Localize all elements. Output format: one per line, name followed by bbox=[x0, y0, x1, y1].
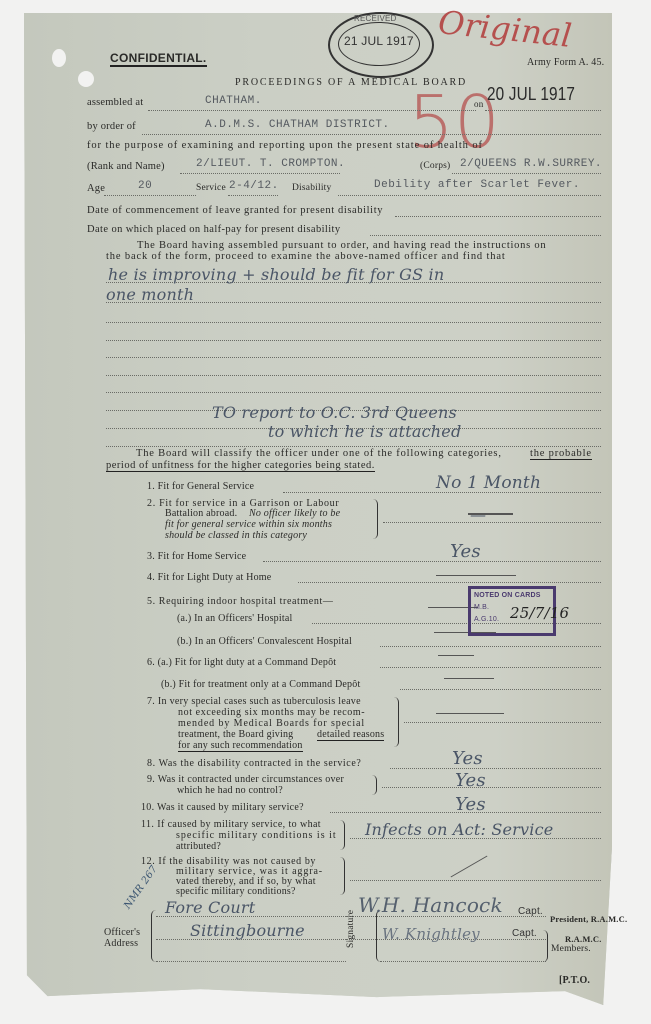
assembled-at-value[interactable]: CHATHAM. bbox=[205, 95, 262, 107]
signature-president-rank: Capt. bbox=[518, 906, 543, 917]
by-order-label: by order of bbox=[87, 121, 136, 132]
dotted-line bbox=[383, 522, 601, 523]
findings-handwritten-line3[interactable]: TO report to O.C. 3rd Queens bbox=[212, 403, 457, 422]
age-value[interactable]: 20 bbox=[138, 180, 152, 192]
noted-stamp-line3: A.G.10. bbox=[474, 616, 499, 623]
halfpay-date-field[interactable] bbox=[370, 235, 601, 236]
classification-intro-line2: period of unfitness for the higher categ… bbox=[106, 460, 375, 472]
punch-hole bbox=[78, 71, 94, 87]
dotted-line bbox=[452, 173, 601, 174]
category-9-label2: which he had no control? bbox=[177, 785, 283, 796]
dotted-line bbox=[228, 195, 278, 196]
on-label: on bbox=[474, 99, 483, 109]
category-7-label5: for any such recommendation bbox=[178, 740, 303, 752]
halfpay-date-label: Date on which placed on half-pay for pre… bbox=[87, 224, 341, 235]
brace bbox=[151, 910, 156, 962]
dotted-line bbox=[106, 375, 601, 376]
confidential-heading: CONFIDENTIAL. bbox=[110, 51, 207, 67]
dotted-line bbox=[380, 961, 546, 962]
category-2-label4: should be classed in this category bbox=[165, 530, 307, 541]
dotted-line bbox=[263, 561, 601, 562]
category-7-label4: treatment, the Board giving bbox=[178, 729, 293, 740]
noted-stamp-line2: M.B. bbox=[474, 604, 489, 611]
brace bbox=[340, 857, 345, 895]
category-1-label: 1. Fit for General Service bbox=[147, 481, 254, 492]
address-label-line2: Address bbox=[104, 938, 138, 949]
punch-hole bbox=[52, 49, 66, 67]
category-6a-answer[interactable] bbox=[438, 655, 474, 656]
category-3-answer[interactable]: Yes bbox=[450, 541, 481, 562]
dotted-line bbox=[106, 322, 601, 323]
category-6b-answer[interactable] bbox=[444, 678, 494, 679]
classification-intro-underlined: the probable bbox=[530, 448, 592, 460]
category-12-label4: specific military conditions? bbox=[176, 886, 296, 897]
category-5a-label: (a.) In an Officers' Hospital bbox=[177, 613, 292, 624]
findings-intro-line2: the back of the form, proceed to examine… bbox=[106, 251, 506, 262]
board-date-stamp[interactable]: 20 JUL 1917 bbox=[487, 84, 575, 105]
dotted-line bbox=[485, 110, 601, 111]
members-label: Members. bbox=[551, 944, 591, 954]
dotted-line bbox=[148, 110, 476, 111]
category-7-label4-underlined: detailed reasons bbox=[317, 729, 384, 741]
disability-label: Disability bbox=[292, 183, 331, 193]
rank-name-value[interactable]: 2/LIEUT. T. CROMPTON. bbox=[196, 158, 345, 170]
noted-stamp-line1: NOTED ON CARDS bbox=[474, 592, 541, 599]
disability-value[interactable]: Debility after Scarlet Fever. bbox=[374, 179, 580, 191]
brace bbox=[394, 697, 399, 747]
category-9-label: 9. Was it contracted under circumstances… bbox=[147, 774, 344, 785]
corps-label: (Corps) bbox=[420, 161, 450, 171]
category-8-label: 8. Was the disability contracted in the … bbox=[147, 758, 361, 769]
category-4-label: 4. Fit for Light Duty at Home bbox=[147, 572, 271, 583]
findings-handwritten-line4[interactable]: to which he is attached bbox=[268, 422, 461, 441]
category-10-label: 10. Was it caused by military service? bbox=[141, 802, 304, 813]
findings-intro-line1: The Board having assembled pursuant to o… bbox=[137, 240, 546, 251]
category-7-label2: not exceeding six months may be recom- bbox=[178, 707, 365, 718]
purpose-text: for the purpose of examining and reporti… bbox=[87, 140, 483, 151]
dotted-line bbox=[390, 768, 601, 769]
category-6a-label: 6. (a.) Fit for light duty at a Command … bbox=[147, 657, 336, 668]
brace bbox=[340, 820, 345, 850]
category-11-label2: specific military conditions is it bbox=[176, 830, 337, 841]
dotted-line bbox=[312, 623, 601, 624]
findings-handwritten-line2[interactable]: one month bbox=[106, 285, 194, 304]
dotted-line bbox=[382, 787, 601, 788]
category-2-label3: fit for general service within six month… bbox=[165, 519, 332, 530]
category-9-answer[interactable]: Yes bbox=[455, 770, 486, 791]
received-stamp-label: RECEIVED bbox=[354, 14, 397, 23]
address-line1[interactable]: Fore Court bbox=[165, 898, 255, 917]
category-2-label2-italic: No officer likely to be bbox=[249, 508, 340, 519]
dotted-line bbox=[104, 195, 196, 196]
signature-member-rank: Capt. bbox=[512, 928, 537, 939]
leave-date-label: Date of commencement of leave granted fo… bbox=[87, 205, 383, 216]
brace bbox=[372, 775, 377, 795]
dotted-line bbox=[106, 357, 601, 358]
brace bbox=[373, 499, 378, 539]
dotted-line bbox=[380, 667, 601, 668]
rank-name-label: (Rank and Name) bbox=[87, 161, 165, 172]
dotted-line bbox=[298, 582, 601, 583]
age-label: Age bbox=[87, 183, 105, 194]
brace bbox=[376, 910, 381, 962]
dotted-line bbox=[404, 722, 601, 723]
dotted-line bbox=[142, 134, 601, 135]
category-1-answer[interactable]: No 1 Month bbox=[436, 473, 541, 493]
pto-label: [P.T.O. bbox=[559, 975, 590, 986]
category-7-answer[interactable] bbox=[436, 713, 504, 714]
member-corps: R.A.M.C. bbox=[565, 934, 602, 944]
brace bbox=[543, 930, 548, 962]
president-label: President, R.A.M.C. bbox=[550, 914, 627, 924]
category-4-answer[interactable] bbox=[436, 575, 516, 576]
dotted-line bbox=[156, 961, 346, 962]
category-11-answer[interactable]: Infects on Act: Service bbox=[365, 820, 553, 839]
category-5-label: 5. Requiring indoor hospital treatment— bbox=[147, 596, 333, 607]
dotted-line bbox=[106, 446, 601, 447]
category-7-label: 7. In very special cases such as tubercu… bbox=[147, 696, 361, 707]
leave-date-field[interactable] bbox=[395, 216, 601, 217]
assembled-at-label: assembled at bbox=[87, 97, 143, 108]
signature-member[interactable]: W. Knightley bbox=[382, 925, 480, 943]
dotted-line bbox=[180, 173, 340, 174]
signature-president[interactable]: W.H. Hancock bbox=[358, 893, 503, 917]
service-label: Service bbox=[196, 183, 226, 193]
by-order-value[interactable]: A.D.M.S. CHATHAM DISTRICT. bbox=[205, 119, 390, 131]
category-5b-label: (b.) In an Officers' Convalescent Hospit… bbox=[177, 636, 352, 647]
findings-handwritten-line1[interactable]: he is improving + should be fit for GS i… bbox=[108, 265, 444, 284]
corps-value[interactable]: 2/QUEENS R.W.SURREY. bbox=[460, 158, 602, 170]
noted-stamp-date: 25/7/16 bbox=[510, 604, 569, 622]
category-7-label3: mended by Medical Boards for special bbox=[178, 718, 365, 729]
category-8-answer[interactable]: Yes bbox=[452, 748, 483, 769]
army-form-number: Army Form A. 45. bbox=[527, 57, 604, 68]
category-11-label: 11. If caused by military service, to wh… bbox=[141, 819, 321, 830]
classification-intro-line1: The Board will classify the officer unde… bbox=[136, 448, 502, 459]
address-line2[interactable]: Sittingbourne bbox=[190, 921, 305, 940]
dotted-line bbox=[106, 392, 601, 393]
received-stamp-date: 21 JUL 1917 bbox=[344, 34, 414, 48]
dotted-line bbox=[400, 689, 601, 690]
dotted-line bbox=[380, 646, 601, 647]
address-label-line1: Officer's bbox=[104, 927, 140, 938]
category-10-answer[interactable]: Yes bbox=[455, 794, 486, 815]
category-2-label2: Battalion abroad. bbox=[165, 508, 237, 519]
dotted-line bbox=[106, 340, 601, 341]
category-2-answer[interactable]: — bbox=[470, 505, 486, 524]
category-6b-label: (b.) Fit for treatment only at a Command… bbox=[161, 679, 360, 690]
dotted-line bbox=[338, 195, 601, 196]
dotted-line bbox=[350, 880, 601, 881]
category-3-label: 3. Fit for Home Service bbox=[147, 551, 246, 562]
service-value[interactable]: 2-4/12. bbox=[229, 180, 279, 192]
category-11-label3: attributed? bbox=[176, 841, 221, 852]
